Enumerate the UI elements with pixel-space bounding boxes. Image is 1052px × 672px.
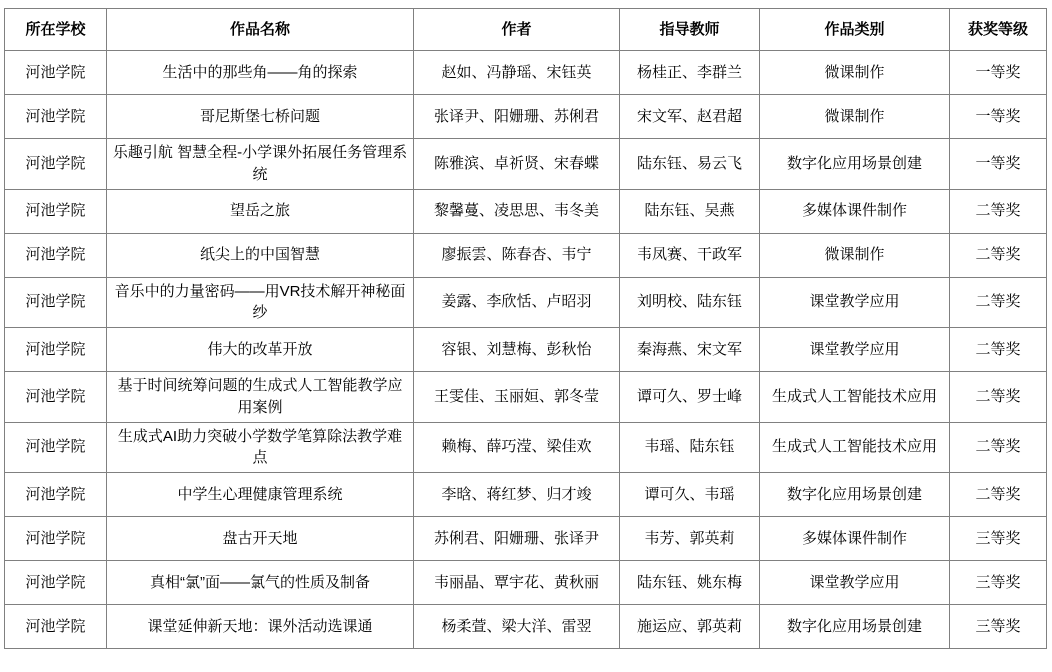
cell-category: 生成式人工智能技术应用: [760, 422, 950, 473]
cell-school: 河池学院: [5, 422, 107, 473]
header-cell-award: 获奖等级: [950, 9, 1047, 51]
cell-category: 微课制作: [760, 233, 950, 277]
table-body: 河池学院生活中的那些角——角的探索赵如、冯静瑶、宋钰英杨桂正、李群兰微课制作一等…: [5, 51, 1047, 649]
cell-title: 乐趣引航 智慧全程-小学课外拓展任务管理系统: [107, 139, 414, 190]
cell-title: 伟大的改革开放: [107, 328, 414, 372]
cell-authors: 韦丽晶、覃宇花、黄秋丽: [414, 561, 620, 605]
header-row: 所在学校 作品名称 作者 指导教师 作品类别 获奖等级: [5, 9, 1047, 51]
cell-advisors: 陆东钰、吴燕: [620, 189, 760, 233]
cell-award: 一等奖: [950, 95, 1047, 139]
cell-school: 河池学院: [5, 189, 107, 233]
cell-title: 中学生心理健康管理系统: [107, 473, 414, 517]
cell-advisors: 陆东钰、姚东梅: [620, 561, 760, 605]
cell-category: 数字化应用场景创建: [760, 605, 950, 649]
table-row: 河池学院真相“氯”面——氯气的性质及制备韦丽晶、覃宇花、黄秋丽陆东钰、姚东梅课堂…: [5, 561, 1047, 605]
cell-authors: 杨柔萱、梁大洋、雷翌: [414, 605, 620, 649]
cell-school: 河池学院: [5, 233, 107, 277]
cell-school: 河池学院: [5, 51, 107, 95]
cell-school: 河池学院: [5, 517, 107, 561]
cell-school: 河池学院: [5, 561, 107, 605]
table-row: 河池学院中学生心理健康管理系统李晗、蒋红梦、归才竣谭可久、韦瑶数字化应用场景创建…: [5, 473, 1047, 517]
table-row: 河池学院乐趣引航 智慧全程-小学课外拓展任务管理系统陈雅滨、卓祈贤、宋春蝶陆东钰…: [5, 139, 1047, 190]
cell-authors: 王雯佳、玉丽姮、郭冬莹: [414, 372, 620, 423]
cell-category: 课堂教学应用: [760, 561, 950, 605]
cell-advisors: 刘明校、陆东钰: [620, 277, 760, 328]
cell-authors: 黎馨蔓、凌思思、韦冬美: [414, 189, 620, 233]
cell-authors: 苏俐君、阳姗珊、张译尹: [414, 517, 620, 561]
table-row: 河池学院盘古开天地苏俐君、阳姗珊、张译尹韦芳、郭英莉多媒体课件制作三等奖: [5, 517, 1047, 561]
cell-school: 河池学院: [5, 605, 107, 649]
header-cell-advisors: 指导教师: [620, 9, 760, 51]
header-cell-title: 作品名称: [107, 9, 414, 51]
cell-school: 河池学院: [5, 473, 107, 517]
cell-advisors: 杨桂正、李群兰: [620, 51, 760, 95]
cell-advisors: 韦芳、郭英莉: [620, 517, 760, 561]
table-row: 河池学院望岳之旅黎馨蔓、凌思思、韦冬美陆东钰、吴燕多媒体课件制作二等奖: [5, 189, 1047, 233]
cell-authors: 陈雅滨、卓祈贤、宋春蝶: [414, 139, 620, 190]
cell-award: 三等奖: [950, 517, 1047, 561]
header-cell-authors: 作者: [414, 9, 620, 51]
cell-title: 望岳之旅: [107, 189, 414, 233]
cell-category: 课堂教学应用: [760, 277, 950, 328]
award-results-table: 所在学校 作品名称 作者 指导教师 作品类别 获奖等级 河池学院生活中的那些角—…: [4, 8, 1047, 649]
cell-school: 河池学院: [5, 95, 107, 139]
cell-category: 数字化应用场景创建: [760, 473, 950, 517]
table-row: 河池学院课堂延伸新天地：课外活动选课通杨柔萱、梁大洋、雷翌施运应、郭英莉数字化应…: [5, 605, 1047, 649]
cell-title: 真相“氯”面——氯气的性质及制备: [107, 561, 414, 605]
cell-category: 微课制作: [760, 95, 950, 139]
cell-advisors: 秦海燕、宋文军: [620, 328, 760, 372]
cell-award: 三等奖: [950, 605, 1047, 649]
cell-award: 二等奖: [950, 189, 1047, 233]
cell-category: 课堂教学应用: [760, 328, 950, 372]
cell-authors: 姜露、李欣恬、卢昭羽: [414, 277, 620, 328]
cell-authors: 容银、刘慧梅、彭秋怡: [414, 328, 620, 372]
cell-authors: 张译尹、阳姗珊、苏俐君: [414, 95, 620, 139]
cell-title: 音乐中的力量密码——用VR技术解开神秘面纱: [107, 277, 414, 328]
table-row: 河池学院伟大的改革开放容银、刘慧梅、彭秋怡秦海燕、宋文军课堂教学应用二等奖: [5, 328, 1047, 372]
table-row: 河池学院哥尼斯堡七桥问题张译尹、阳姗珊、苏俐君宋文军、赵君超微课制作一等奖: [5, 95, 1047, 139]
cell-category: 多媒体课件制作: [760, 517, 950, 561]
table-header: 所在学校 作品名称 作者 指导教师 作品类别 获奖等级: [5, 9, 1047, 51]
cell-school: 河池学院: [5, 372, 107, 423]
page: 所在学校 作品名称 作者 指导教师 作品类别 获奖等级 河池学院生活中的那些角—…: [0, 0, 1052, 672]
cell-title: 盘古开天地: [107, 517, 414, 561]
table-row: 河池学院纸尖上的中国智慧廖振雲、陈春杏、韦宁韦凤赛、干政军微课制作二等奖: [5, 233, 1047, 277]
cell-category: 微课制作: [760, 51, 950, 95]
cell-title: 纸尖上的中国智慧: [107, 233, 414, 277]
cell-authors: 赵如、冯静瑶、宋钰英: [414, 51, 620, 95]
cell-authors: 李晗、蒋红梦、归才竣: [414, 473, 620, 517]
cell-award: 二等奖: [950, 473, 1047, 517]
header-cell-category: 作品类别: [760, 9, 950, 51]
cell-advisors: 谭可久、罗士峰: [620, 372, 760, 423]
cell-award: 三等奖: [950, 561, 1047, 605]
table-row: 河池学院基于时间统筹问题的生成式人工智能教学应用案例王雯佳、玉丽姮、郭冬莹谭可久…: [5, 372, 1047, 423]
cell-advisors: 韦凤赛、干政军: [620, 233, 760, 277]
cell-title: 基于时间统筹问题的生成式人工智能教学应用案例: [107, 372, 414, 423]
cell-title: 生成式AI助力突破小学数学笔算除法教学难点: [107, 422, 414, 473]
cell-advisors: 陆东钰、易云飞: [620, 139, 760, 190]
cell-category: 数字化应用场景创建: [760, 139, 950, 190]
cell-title: 生活中的那些角——角的探索: [107, 51, 414, 95]
cell-school: 河池学院: [5, 328, 107, 372]
cell-advisors: 谭可久、韦瑶: [620, 473, 760, 517]
cell-award: 二等奖: [950, 372, 1047, 423]
cell-category: 生成式人工智能技术应用: [760, 372, 950, 423]
cell-authors: 廖振雲、陈春杏、韦宁: [414, 233, 620, 277]
cell-category: 多媒体课件制作: [760, 189, 950, 233]
cell-title: 课堂延伸新天地：课外活动选课通: [107, 605, 414, 649]
cell-title: 哥尼斯堡七桥问题: [107, 95, 414, 139]
cell-authors: 赖梅、薛巧滢、梁佳欢: [414, 422, 620, 473]
cell-award: 一等奖: [950, 139, 1047, 190]
cell-award: 二等奖: [950, 328, 1047, 372]
cell-advisors: 施运应、郭英莉: [620, 605, 760, 649]
cell-advisors: 韦瑶、陆东钰: [620, 422, 760, 473]
header-cell-school: 所在学校: [5, 9, 107, 51]
cell-school: 河池学院: [5, 139, 107, 190]
table-row: 河池学院音乐中的力量密码——用VR技术解开神秘面纱姜露、李欣恬、卢昭羽刘明校、陆…: [5, 277, 1047, 328]
table-row: 河池学院生成式AI助力突破小学数学笔算除法教学难点赖梅、薛巧滢、梁佳欢韦瑶、陆东…: [5, 422, 1047, 473]
cell-school: 河池学院: [5, 277, 107, 328]
cell-advisors: 宋文军、赵君超: [620, 95, 760, 139]
table-row: 河池学院生活中的那些角——角的探索赵如、冯静瑶、宋钰英杨桂正、李群兰微课制作一等…: [5, 51, 1047, 95]
cell-award: 二等奖: [950, 233, 1047, 277]
cell-award: 一等奖: [950, 51, 1047, 95]
cell-award: 二等奖: [950, 277, 1047, 328]
cell-award: 二等奖: [950, 422, 1047, 473]
